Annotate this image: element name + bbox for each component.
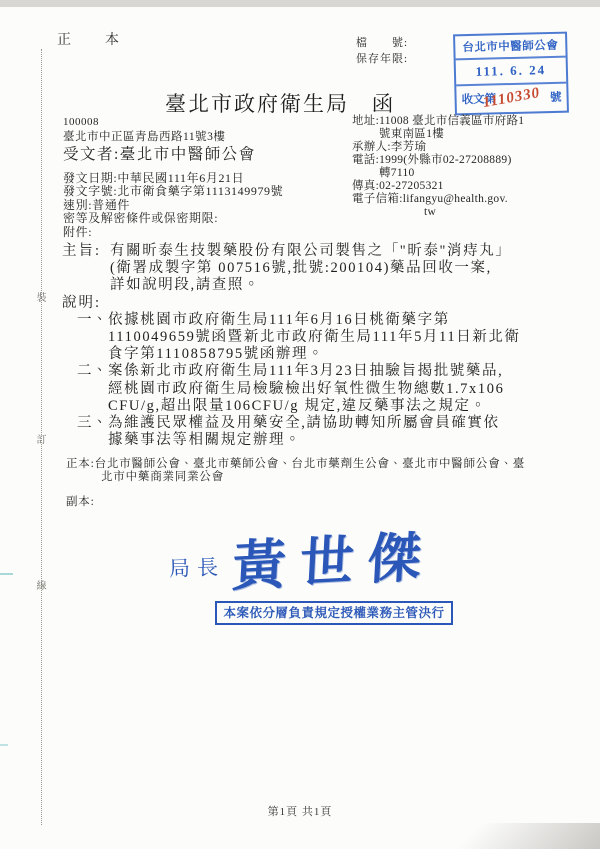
meta-line-attachment: 附件: — [63, 226, 283, 239]
contact-fax: 傳真:02-27205321 — [352, 180, 590, 193]
contact-address-line1: 地址:11008 臺北市信義區市府路1 — [352, 115, 590, 128]
contact-email-line1: 電子信箱:lifangyu@health.gov. — [352, 193, 590, 206]
contact-email-line2: tw — [424, 206, 590, 219]
director-signature: 黃世傑 — [230, 514, 438, 602]
explanation-item: 三、為維護民眾權益及用藥安全,請協助轉知所屬會員確實依 — [62, 415, 568, 432]
item-text: 經桃園市政府衛生局檢驗檢出好氧性微生物總數1.7x106 — [108, 381, 568, 398]
explanation-item: 二、案係新北市政府衛生局111年3月23日抽驗旨揭批號藥品, — [62, 363, 568, 380]
original-label: 正本: — [66, 458, 95, 470]
contact-officer: 承辦人:李芳瑜 — [352, 141, 590, 154]
binding-mark: 訂 — [35, 431, 48, 446]
explanation-item: 一、依據桃園市政府衛生局111年6月16日桃衛藥字第 — [62, 312, 568, 329]
item-text: 食字第1110858795號函辦理。 — [108, 346, 568, 363]
copy-recipients-label: 副本: — [66, 496, 566, 509]
authorization-stamp: 本案依分層負責規定授權業務主管決行 — [215, 601, 453, 625]
binding-mark: 線 — [35, 577, 48, 592]
item-text: CFU/g,超出限量106CFU/g 規定,違反藥事法之規定。 — [108, 398, 568, 415]
sender-contact-block: 地址:11008 臺北市信義區市府路1 號東南區1樓 承辦人:李芳瑜 電話:19… — [352, 115, 590, 219]
copy-type-label: 正 本 — [57, 29, 129, 49]
subject-label: 主旨: — [62, 243, 110, 260]
subject-text: (衛署成製字第 007516號,批號:200104)藥品回收一案, — [110, 260, 568, 277]
item-marker: 三、 — [77, 415, 108, 432]
document-meta: 發文日期:中華民國111年6月21日 發文字號:北市衛食藥字第111314997… — [63, 172, 283, 239]
item-marker: 二、 — [77, 363, 108, 380]
recipient-line: 受文者:臺北市中醫師公會 — [63, 142, 256, 164]
subject-line: 主旨:有關昕泰生技製藥股份有限公司製售之「"昕泰"消痔丸」 — [62, 243, 568, 260]
item-text: 據藥事法等相關規定辦理。 — [108, 432, 568, 449]
receipt-stamp-organization: 台北市中醫師公會 — [455, 34, 566, 61]
distribution-block: 正本:台北市醫師公會、臺北市藥師公會、台北市藥劑生公會、臺北市中醫師公會、臺 北… — [66, 458, 566, 508]
contact-phone-line2: 轉7110 — [379, 167, 590, 180]
item-text: 1110049659號函暨新北市政府衛生局111年5月11日新北衛 — [108, 329, 568, 346]
original-recipients: 台北市醫師公會、臺北市藥師公會、台北市藥劑生公會、臺北市中醫師公會、臺 — [95, 458, 526, 470]
item-text: 案係新北市政府衛生局111年3月23日抽驗旨揭批號藥品, — [108, 363, 503, 379]
original-recipients-line1: 正本:台北市醫師公會、臺北市藥師公會、台北市藥劑生公會、臺北市中醫師公會、臺 — [66, 458, 566, 471]
subject-text: 詳如說明段,請查照。 — [110, 277, 568, 294]
scan-artifact-mark — [0, 573, 13, 575]
retention-period-label: 保存年限: — [356, 50, 408, 66]
item-text: 依據桃園市政府衛生局111年6月16日桃衛藥字第 — [108, 312, 450, 328]
scan-artifact-mark — [0, 744, 8, 746]
subject-text: 有關昕泰生技製藥股份有限公司製售之「"昕泰"消痔丸」 — [110, 243, 511, 259]
item-marker: 一、 — [77, 312, 108, 329]
recipient-zip: 100008 — [63, 116, 99, 128]
explanation-label: 說明: — [62, 295, 568, 312]
letter-body: 主旨:有關昕泰生技製藥股份有限公司製售之「"昕泰"消痔丸」 (衛署成製字第 00… — [62, 243, 568, 449]
meta-line-classification: 密等及解密條件或保密期限: — [63, 212, 283, 225]
contact-phone-line1: 電話:1999(外縣市02-27208889) — [352, 154, 590, 167]
director-title-stamp: 局長 — [168, 551, 225, 583]
file-number-label: 檔 號: — [356, 34, 408, 50]
receipt-stamp: 台北市中醫師公會 111. 6. 24 收文第 號 1110330 — [453, 32, 569, 116]
meta-line-ref-number: 發文字號:北市衛食藥字第1113149979號 — [63, 185, 283, 198]
contact-address-line2: 號東南區1樓 — [379, 128, 590, 141]
document-page: 裝 訂 線 正 本 檔 號: 保存年限: 臺北市政府衛生局 函 台北市中醫師公會… — [0, 7, 600, 849]
item-text: 為維護民眾權益及用藥安全,請協助轉知所屬會員確實依 — [108, 415, 500, 431]
original-recipients-line2: 北市中藥商業同業公會 — [101, 471, 566, 484]
page-number-footer: 第1頁 共1頁 — [0, 803, 600, 819]
scan-shadow — [420, 823, 600, 849]
binding-mark: 裝 — [35, 289, 48, 304]
